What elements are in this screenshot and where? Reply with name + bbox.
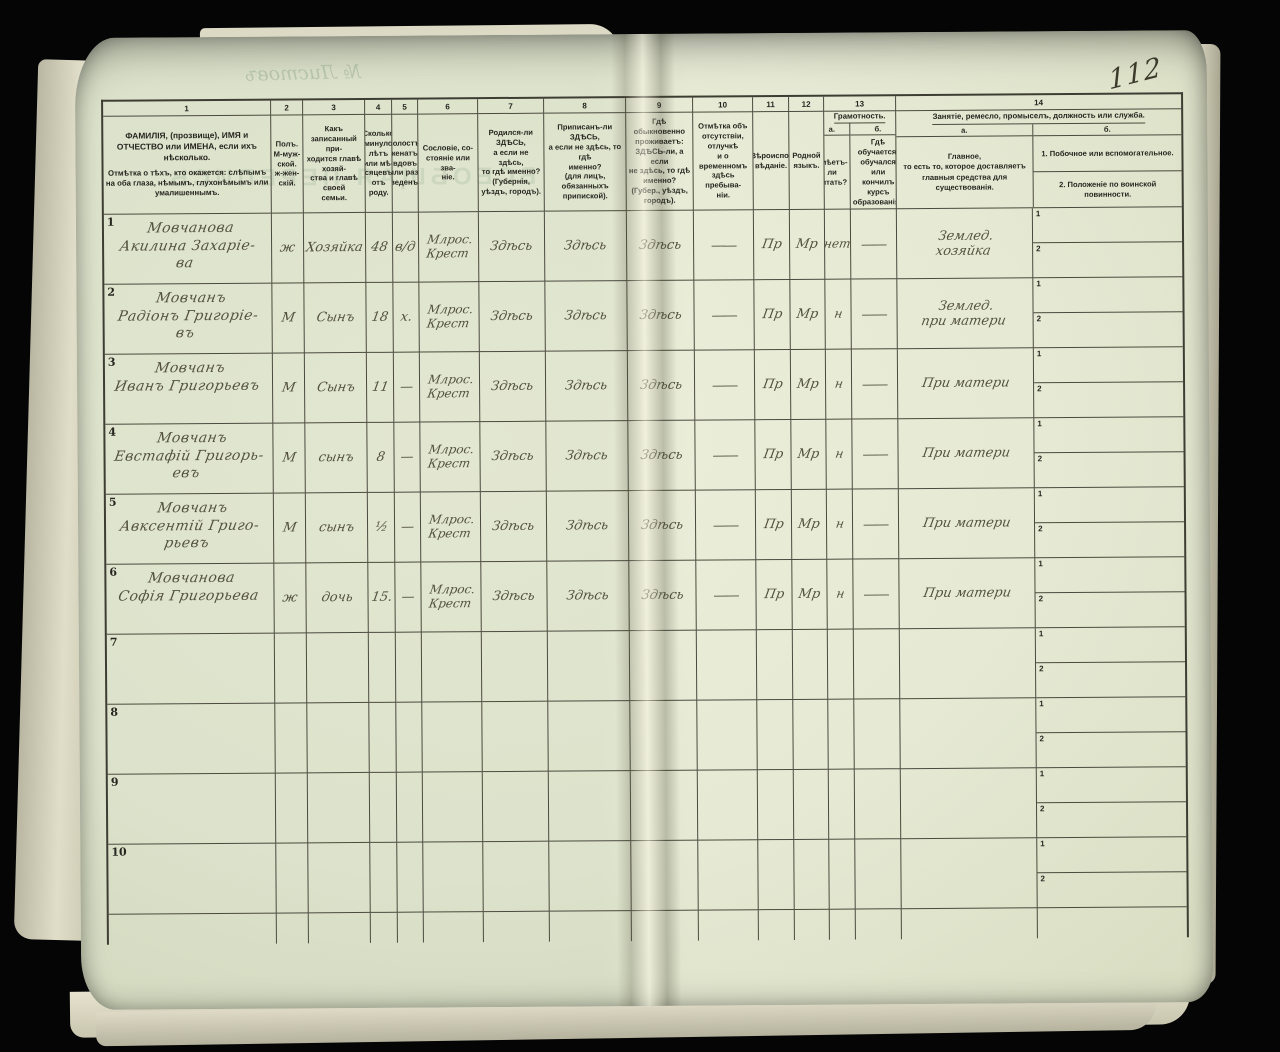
cell-occupation-main — [900, 698, 1036, 769]
header-literacy-b-label: б. — [850, 123, 897, 135]
cell-relation: Сынъ — [305, 353, 367, 423]
cell-estate — [423, 772, 483, 842]
header-absence: Отмѣтка объ отсутствіи, отлучкѣ и о врем… — [693, 112, 754, 210]
table-row: 4МовчанъЕвстафій Григорь-евъМсынъ8—Млрос… — [105, 417, 1183, 495]
cell-education: —— — [853, 489, 899, 559]
cell-education: —— — [852, 419, 898, 489]
cell-age: 18 — [366, 283, 393, 353]
cell-registered: Здѣсь — [545, 281, 627, 352]
cell-registered: Здѣсь — [546, 421, 628, 492]
bleedthrough-text: № Листовъ — [245, 61, 361, 86]
header-occupation-a-label: а. — [896, 124, 1032, 137]
tail-cell — [902, 908, 1038, 939]
cell-born: Здѣсь — [480, 422, 546, 492]
cell-relation: сынъ — [305, 423, 367, 493]
header-sex: Полъ. М-муж- ской. ж-жен- скій. — [271, 115, 304, 213]
cell-resides: Здѣсь — [628, 421, 695, 491]
cell-education: —— — [851, 279, 897, 349]
cell-born: Здѣсь — [481, 562, 547, 632]
cell-religion: Пр — [755, 420, 791, 490]
cell-marital — [397, 843, 423, 913]
table-row: 1МовчановаАкилина Захаріе-важХозяйка48в/… — [104, 207, 1182, 285]
cell-education: —— — [853, 559, 899, 629]
cell-marital: — — [394, 353, 420, 423]
cell-sex: М — [273, 353, 305, 423]
cell-occupation-main — [901, 838, 1037, 909]
cell-born: Здѣсь — [479, 282, 545, 352]
cell-relation: Сынъ — [304, 283, 366, 353]
cell-resides: Здѣсь — [627, 281, 694, 351]
cell-religion: Пр — [756, 560, 792, 630]
cell-religion: Пр — [756, 490, 792, 560]
cell-religion — [757, 630, 793, 700]
table-rows: 1МовчановаАкилина Захаріе-важХозяйка48в/… — [104, 207, 1187, 945]
col-number: 8 — [544, 98, 626, 114]
cell-occupation-side: 12 — [1033, 277, 1182, 348]
tail-cell — [759, 910, 795, 940]
cell-absence: —— — [694, 210, 754, 280]
cell-registered: Здѣсь — [545, 211, 627, 282]
cell-age — [369, 703, 396, 773]
cell-estate: Млрос.Крест — [420, 422, 480, 492]
cell-registered — [549, 841, 631, 912]
cell-registered — [548, 631, 630, 702]
cell-resides: Здѣсь — [629, 491, 696, 561]
cell-relation: дочь — [306, 563, 368, 633]
cell-religion: Пр — [754, 210, 790, 280]
cell-registered: Здѣсь — [547, 491, 629, 562]
cell-occupation-main — [900, 628, 1036, 699]
cell-age: 15. — [368, 563, 395, 633]
cell-sex — [275, 633, 307, 703]
cell-language: Мр — [790, 210, 825, 280]
header-relation: Какъ записанный при- ходится главѣ хозяй… — [303, 115, 366, 213]
header-marital: Холостъ, женатъ, вдовъ или раз- веденъ. — [392, 115, 419, 213]
cell-occupation-main: Землед.хозяйка — [897, 208, 1033, 279]
cell-name: 1МовчановаАкилина Захаріе-ва — [104, 214, 272, 285]
cell-language: Мр — [791, 350, 826, 420]
cell-sex — [276, 773, 308, 843]
cell-estate: Млрос.Крест — [420, 352, 480, 422]
tail-cell — [1038, 907, 1187, 938]
cell-name: 4МовчанъЕвстафій Григорь-евъ — [105, 424, 273, 495]
header-occupation-title: Занятіе, ремесло, промыселъ, должность и… — [933, 109, 1145, 124]
census-page-spread: № Листовъ ВСЕОБЩАЯ ПЕРЕПИСЬ 112 1 2 3 4 … — [75, 30, 1214, 1010]
cell-estate — [422, 702, 482, 772]
cell-reads: н — [825, 280, 851, 350]
cell-language — [794, 840, 829, 910]
tail-cell — [856, 909, 902, 939]
cell-resides: Здѣсь — [627, 211, 694, 281]
col-number: 12 — [789, 97, 824, 112]
tail-cell — [795, 910, 830, 940]
cell-absence — [697, 700, 757, 770]
cell-religion — [757, 700, 793, 770]
tail-cell — [830, 910, 856, 940]
col-number: 5 — [392, 100, 418, 115]
cell-resides — [630, 701, 697, 771]
cell-age — [369, 633, 396, 703]
cell-absence — [698, 840, 758, 910]
cell-born — [482, 632, 548, 702]
cell-age: 48 — [366, 213, 393, 283]
header-name-line2: Отмѣтка о тѣхъ, кто окажется: слѣпымъ на… — [106, 168, 269, 200]
cell-language: Мр — [790, 280, 825, 350]
page-number: 112 — [1108, 52, 1163, 97]
cell-marital: — — [395, 563, 421, 633]
cell-resides — [631, 771, 698, 841]
cell-relation — [307, 703, 369, 773]
cell-marital: х. — [393, 283, 419, 353]
cell-education — [854, 699, 900, 769]
tail-cell — [277, 913, 309, 943]
cell-education: —— — [852, 349, 898, 419]
cell-occupation-side: 12 — [1037, 767, 1186, 838]
cell-language: Мр — [792, 490, 827, 560]
cell-occupation-side: 12 — [1035, 487, 1184, 558]
tail-cell — [484, 912, 550, 942]
cell-occupation-side: 12 — [1037, 837, 1186, 908]
cell-age: ½ — [368, 493, 395, 563]
cell-religion: Пр — [755, 350, 791, 420]
table-row: 6МовчановаСофія Григорьеваждочь15.—Млрос… — [106, 557, 1184, 635]
table-row: 912 — [108, 767, 1186, 845]
header-literacy-a: Умѣетъ- ли читать? — [824, 136, 850, 210]
cell-born: Здѣсь — [479, 212, 545, 282]
tail-cell — [424, 912, 484, 942]
header-name-line1: ФАМИЛІЯ, (прозвище), ИМЯ и ОТЧЕСТВО или … — [105, 130, 268, 164]
cell-absence: —— — [696, 560, 756, 630]
cell-language: Мр — [792, 560, 827, 630]
cell-name: 6МовчановаСофія Григорьева — [106, 564, 274, 635]
cell-absence: —— — [695, 350, 755, 420]
header-occupation-b1: 1. Побочное или вспомогательное. — [1033, 135, 1181, 172]
cell-marital — [396, 703, 422, 773]
header-occupation-b2: 2. Положеніе по воинской повинности. — [1034, 171, 1182, 207]
cell-reads: н — [827, 560, 853, 630]
cell-age: 8 — [367, 423, 394, 493]
cell-name: 9 — [108, 774, 276, 845]
cell-estate: Млрос.Крест — [419, 282, 479, 352]
cell-reads — [828, 630, 854, 700]
cell-religion: Пр — [754, 280, 790, 350]
cell-occupation-side: 12 — [1033, 207, 1182, 278]
cell-reads: н — [826, 350, 852, 420]
cell-resides — [631, 841, 698, 911]
cell-occupation-main: Землед.при матери — [897, 278, 1033, 349]
cell-estate: Млрос.Крест — [421, 562, 481, 632]
cell-relation — [307, 633, 369, 703]
table-tail-strip — [109, 907, 1187, 945]
cell-occupation-side: 12 — [1035, 557, 1184, 628]
table-row: 812 — [107, 697, 1185, 775]
cell-marital — [396, 633, 422, 703]
cell-absence — [698, 770, 758, 840]
cell-estate — [423, 842, 483, 912]
cell-marital: — — [394, 423, 420, 493]
cell-education — [855, 769, 901, 839]
cell-name: 3МовчанъИванъ Григорьевъ — [105, 354, 273, 425]
cell-age — [370, 843, 397, 913]
cell-occupation-main: При матери — [898, 418, 1034, 489]
cell-registered — [548, 701, 630, 772]
cell-religion — [758, 770, 794, 840]
col-number: 2 — [271, 100, 303, 115]
table-row: 5МовчанъАвксентій Григо-рьевъМсынъ½—Млро… — [106, 487, 1184, 565]
header-residence: Гдѣ обыкновенно проживаетъ: ЗДѢСЬ-ли, а … — [626, 113, 694, 211]
cell-registered: Здѣсь — [546, 351, 628, 422]
cell-absence — [697, 630, 757, 700]
cell-name: 7 — [107, 634, 275, 705]
cell-marital: в/д — [393, 213, 419, 283]
cell-absence: —— — [695, 420, 755, 490]
cell-occupation-side: 12 — [1036, 697, 1185, 768]
cell-reads: н — [827, 490, 853, 560]
header-literacy-b: Гдѣ обучается, обучался или кончилъ курс… — [850, 135, 896, 209]
cell-education: —— — [851, 209, 897, 279]
col-number: 1 — [103, 101, 271, 117]
col-number: 3 — [303, 100, 365, 115]
cell-sex — [276, 843, 308, 913]
census-table: 1 2 3 4 5 6 7 8 9 10 11 12 13 14 ФАМИЛІЯ… — [101, 92, 1189, 945]
cell-sex: ж — [274, 563, 306, 633]
cell-occupation-side: 12 — [1034, 417, 1183, 488]
col-number: 4 — [365, 100, 392, 115]
col-number: 9 — [626, 98, 693, 113]
cell-resides: Здѣсь — [629, 561, 696, 631]
cell-name: 2МовчанъРадіонъ Григоріе-въ — [104, 284, 272, 355]
tail-cell — [699, 910, 759, 940]
tail-cell — [550, 911, 632, 942]
cell-occupation-side: 12 — [1036, 627, 1185, 698]
header-literacy-group: Грамотность. а. Умѣетъ- ли читать? б. Гд… — [824, 111, 897, 210]
tail-cell — [371, 913, 398, 943]
cell-resides: Здѣсь — [628, 351, 695, 421]
cell-occupation-main: При матери — [899, 488, 1035, 559]
cell-language — [793, 630, 828, 700]
table-header-row: ФАМИЛІЯ, (прозвище), ИМЯ и ОТЧЕСТВО или … — [103, 109, 1182, 215]
cell-relation: сынъ — [306, 493, 368, 563]
cell-reads: нет — [825, 210, 851, 280]
table-row: 3МовчанъИванъ ГригорьевъМСынъ11—Млрос.Кр… — [105, 347, 1183, 425]
col-number: 7 — [478, 99, 544, 114]
cell-sex: М — [274, 493, 306, 563]
cell-education — [855, 839, 901, 909]
tail-cell — [109, 914, 277, 945]
cell-sex: ж — [272, 213, 304, 283]
cell-language — [793, 700, 828, 770]
cell-reads — [828, 700, 854, 770]
cell-occupation-side: 12 — [1034, 347, 1183, 418]
col-number: 6 — [418, 99, 478, 114]
header-language: Родной языкъ. — [789, 112, 825, 210]
cell-estate: Млрос.Крест — [419, 212, 479, 282]
cell-name: 8 — [107, 704, 275, 775]
table-row: 2МовчанъРадіонъ Григоріе-въМСынъ18х.Млро… — [104, 277, 1182, 355]
cell-sex — [275, 703, 307, 773]
cell-reads: н — [826, 420, 852, 490]
tail-cell — [309, 913, 371, 943]
cell-resides — [630, 631, 697, 701]
cell-religion — [758, 840, 794, 910]
cell-name: 10 — [108, 844, 276, 915]
cell-occupation-main: При матери — [898, 348, 1034, 419]
cell-born: Здѣсь — [480, 352, 546, 422]
cell-relation — [308, 843, 370, 913]
cell-education — [854, 629, 900, 699]
header-registration: Приписанъ-ли ЗДѢСЬ, а если не здѣсь, то … — [544, 113, 627, 212]
header-occupation-group: Занятіе, ремесло, промыселъ, должность и… — [896, 109, 1182, 209]
col-number: 10 — [693, 97, 753, 112]
table-row: 1012 — [108, 837, 1186, 915]
cell-registered — [549, 771, 631, 842]
cell-age: 11 — [367, 353, 394, 423]
cell-estate — [422, 632, 482, 702]
tail-cell — [632, 911, 699, 941]
cell-born — [482, 702, 548, 772]
header-literacy-title: Грамотность. — [834, 111, 886, 123]
cell-marital — [397, 773, 423, 843]
cell-occupation-main — [901, 768, 1037, 839]
header-occupation-b-label: б. — [1033, 123, 1181, 136]
cell-relation: Хозяйка — [304, 213, 366, 283]
photo-of-census-book: № Листовъ ВСЕОБЩАЯ ПЕРЕПИСЬ 112 1 2 3 4 … — [0, 0, 1280, 1052]
cell-language: Мр — [791, 420, 826, 490]
cell-born — [483, 842, 549, 912]
header-literacy-a-label: а. — [824, 124, 849, 136]
cell-age — [370, 773, 397, 843]
cell-reads — [829, 840, 855, 910]
header-occupation-a: Главное, то есть то, которое доставляетъ… — [896, 136, 1032, 208]
header-birthplace: Родился-ли ЗДѢСЬ, а если не здѣсь, то гд… — [478, 114, 545, 212]
header-age: Сколько минуло лѣтъ или мѣ- сяцевъ отъ р… — [365, 115, 393, 213]
header-name-column: ФАМИЛІЯ, (прозвище), ИМЯ и ОТЧЕСТВО или … — [103, 116, 272, 215]
cell-sex: М — [273, 423, 305, 493]
cell-occupation-main: При матери — [899, 558, 1035, 629]
cell-marital: — — [395, 493, 421, 563]
cell-absence: —— — [696, 490, 756, 560]
table-row: 712 — [107, 627, 1185, 705]
cell-reads — [829, 770, 855, 840]
header-religion: Вѣроиспо- вѣданіе. — [753, 112, 790, 210]
cell-language — [794, 770, 829, 840]
cell-registered: Здѣсь — [547, 561, 629, 632]
cell-estate: Млрос.Крест — [421, 492, 481, 562]
col-number: 13 — [824, 96, 896, 112]
cell-relation — [308, 773, 370, 843]
header-estate: Сословіе, со- стояніе или зва- ніе. — [418, 114, 479, 212]
cell-name: 5МовчанъАвксентій Григо-рьевъ — [106, 494, 274, 565]
tail-cell — [398, 913, 424, 943]
col-number: 11 — [753, 97, 789, 112]
cell-absence: —— — [694, 280, 754, 350]
cell-sex: М — [272, 283, 304, 353]
cell-born: Здѣсь — [481, 492, 547, 562]
cell-born — [483, 772, 549, 842]
